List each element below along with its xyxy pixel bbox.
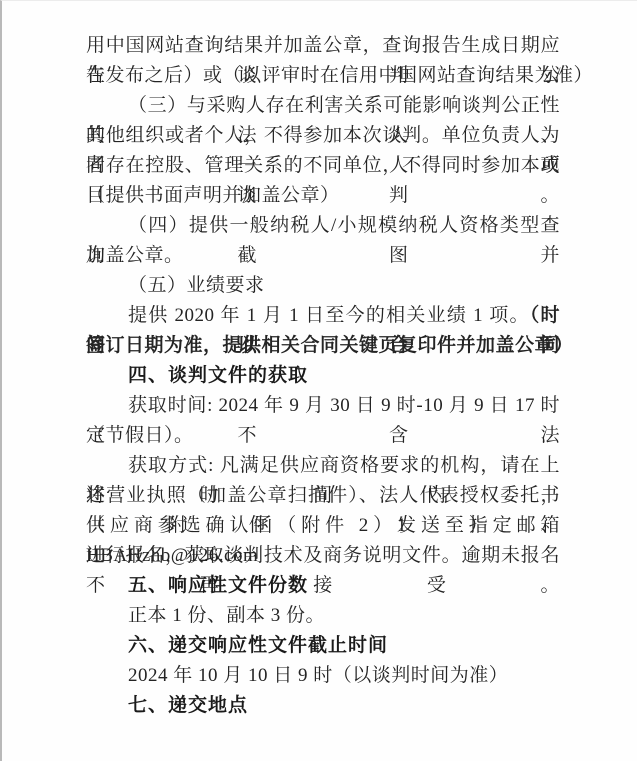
line-text: 六、递交响应性文件截止时间 <box>128 635 388 656</box>
document-body: 用中国网站查询结果并加盖公章，查询报告生成日期应在谈判公 告发布之后）或（以评审… <box>86 31 560 721</box>
document-page: 用中国网站查询结果并加盖公章，查询报告生成日期应在谈判公 告发布之后）或（以评审… <box>0 0 637 761</box>
doc-line: 签订日期为准，提供相关合同关键页复印件并加盖公章） <box>86 331 560 361</box>
line-text: 定节假日）。 <box>86 425 194 446</box>
line-text: 告发布之后）或（以评审时在信用中国网站查询结果为准） <box>86 65 593 86</box>
doc-line: 提供 2020 年 1 月 1 日至今的相关业绩 1 项。（时间以合同 <box>86 301 560 331</box>
doc-line: 告发布之后）或（以评审时在信用中国网站查询结果为准） <box>86 61 560 91</box>
line-text: 提供 2020 年 1 月 1 日至今的相关业绩 1 项。 <box>128 305 530 326</box>
doc-line: 用中国网站查询结果并加盖公章，查询报告生成日期应在谈判公 <box>86 31 560 61</box>
doc-line: （五）业绩要求 <box>86 271 560 301</box>
line-text: 加盖公章。 <box>86 245 184 266</box>
line-text: 正本 1 份、副本 3 份。 <box>128 605 325 626</box>
line-text: 签订日期为准，提供相关合同关键页复印件并加盖公章） <box>86 335 574 356</box>
doc-line: （三）与采购人存在利害关系可能影响谈判公正性的法人、 <box>86 91 560 121</box>
line-text: 四、谈判文件的获取 <box>128 365 308 386</box>
doc-line: 正本 1 份、副本 3 份。 <box>86 601 560 631</box>
section-heading-6: 六、递交响应性文件截止时间 <box>86 631 560 661</box>
section-heading-7: 七、递交地点 <box>86 691 560 721</box>
doc-line: 获取方式: 凡满足供应商资格要求的机构，请在上述时间内， <box>86 451 560 481</box>
doc-line: 供应商参选确认函（附件 2）发送至指定邮箱 HBAHzhb@126.com <box>86 511 560 541</box>
doc-line: 将营业执照（加盖公章扫描件）、法人代表授权委托书（附件 1）、 <box>86 481 560 511</box>
line-text: 七、递交地点 <box>128 695 248 716</box>
doc-line: 2024 年 10 月 10 日 9 时（以谈判时间为准） <box>86 661 560 691</box>
line-text: 五、响应性文件份数 <box>128 575 308 596</box>
section-heading-4: 四、谈判文件的获取 <box>86 361 560 391</box>
doc-line: 其他组织或者个人，不得参加本次谈判。单位负责人为同一人或 <box>86 121 560 151</box>
line-text: （提供书面声明并加盖公章） <box>86 185 340 206</box>
line-text: （五）业绩要求 <box>128 275 265 296</box>
doc-line: 者存在控股、管理关系的不同单位，不得同时参加本项目谈判。 <box>86 151 560 181</box>
doc-line: 获取时间: 2024 年 9 月 30 日 9 时-10 月 9 日 17 时（… <box>86 391 560 421</box>
doc-line: 进行报名，获取谈判技术及商务说明文件。逾期未报名不再接受。 <box>86 541 560 571</box>
line-text: 2024 年 10 月 10 日 9 时（以谈判时间为准） <box>128 665 508 686</box>
doc-line: （四）提供一般纳税人/小规模纳税人资格类型查询截图并 <box>86 211 560 241</box>
